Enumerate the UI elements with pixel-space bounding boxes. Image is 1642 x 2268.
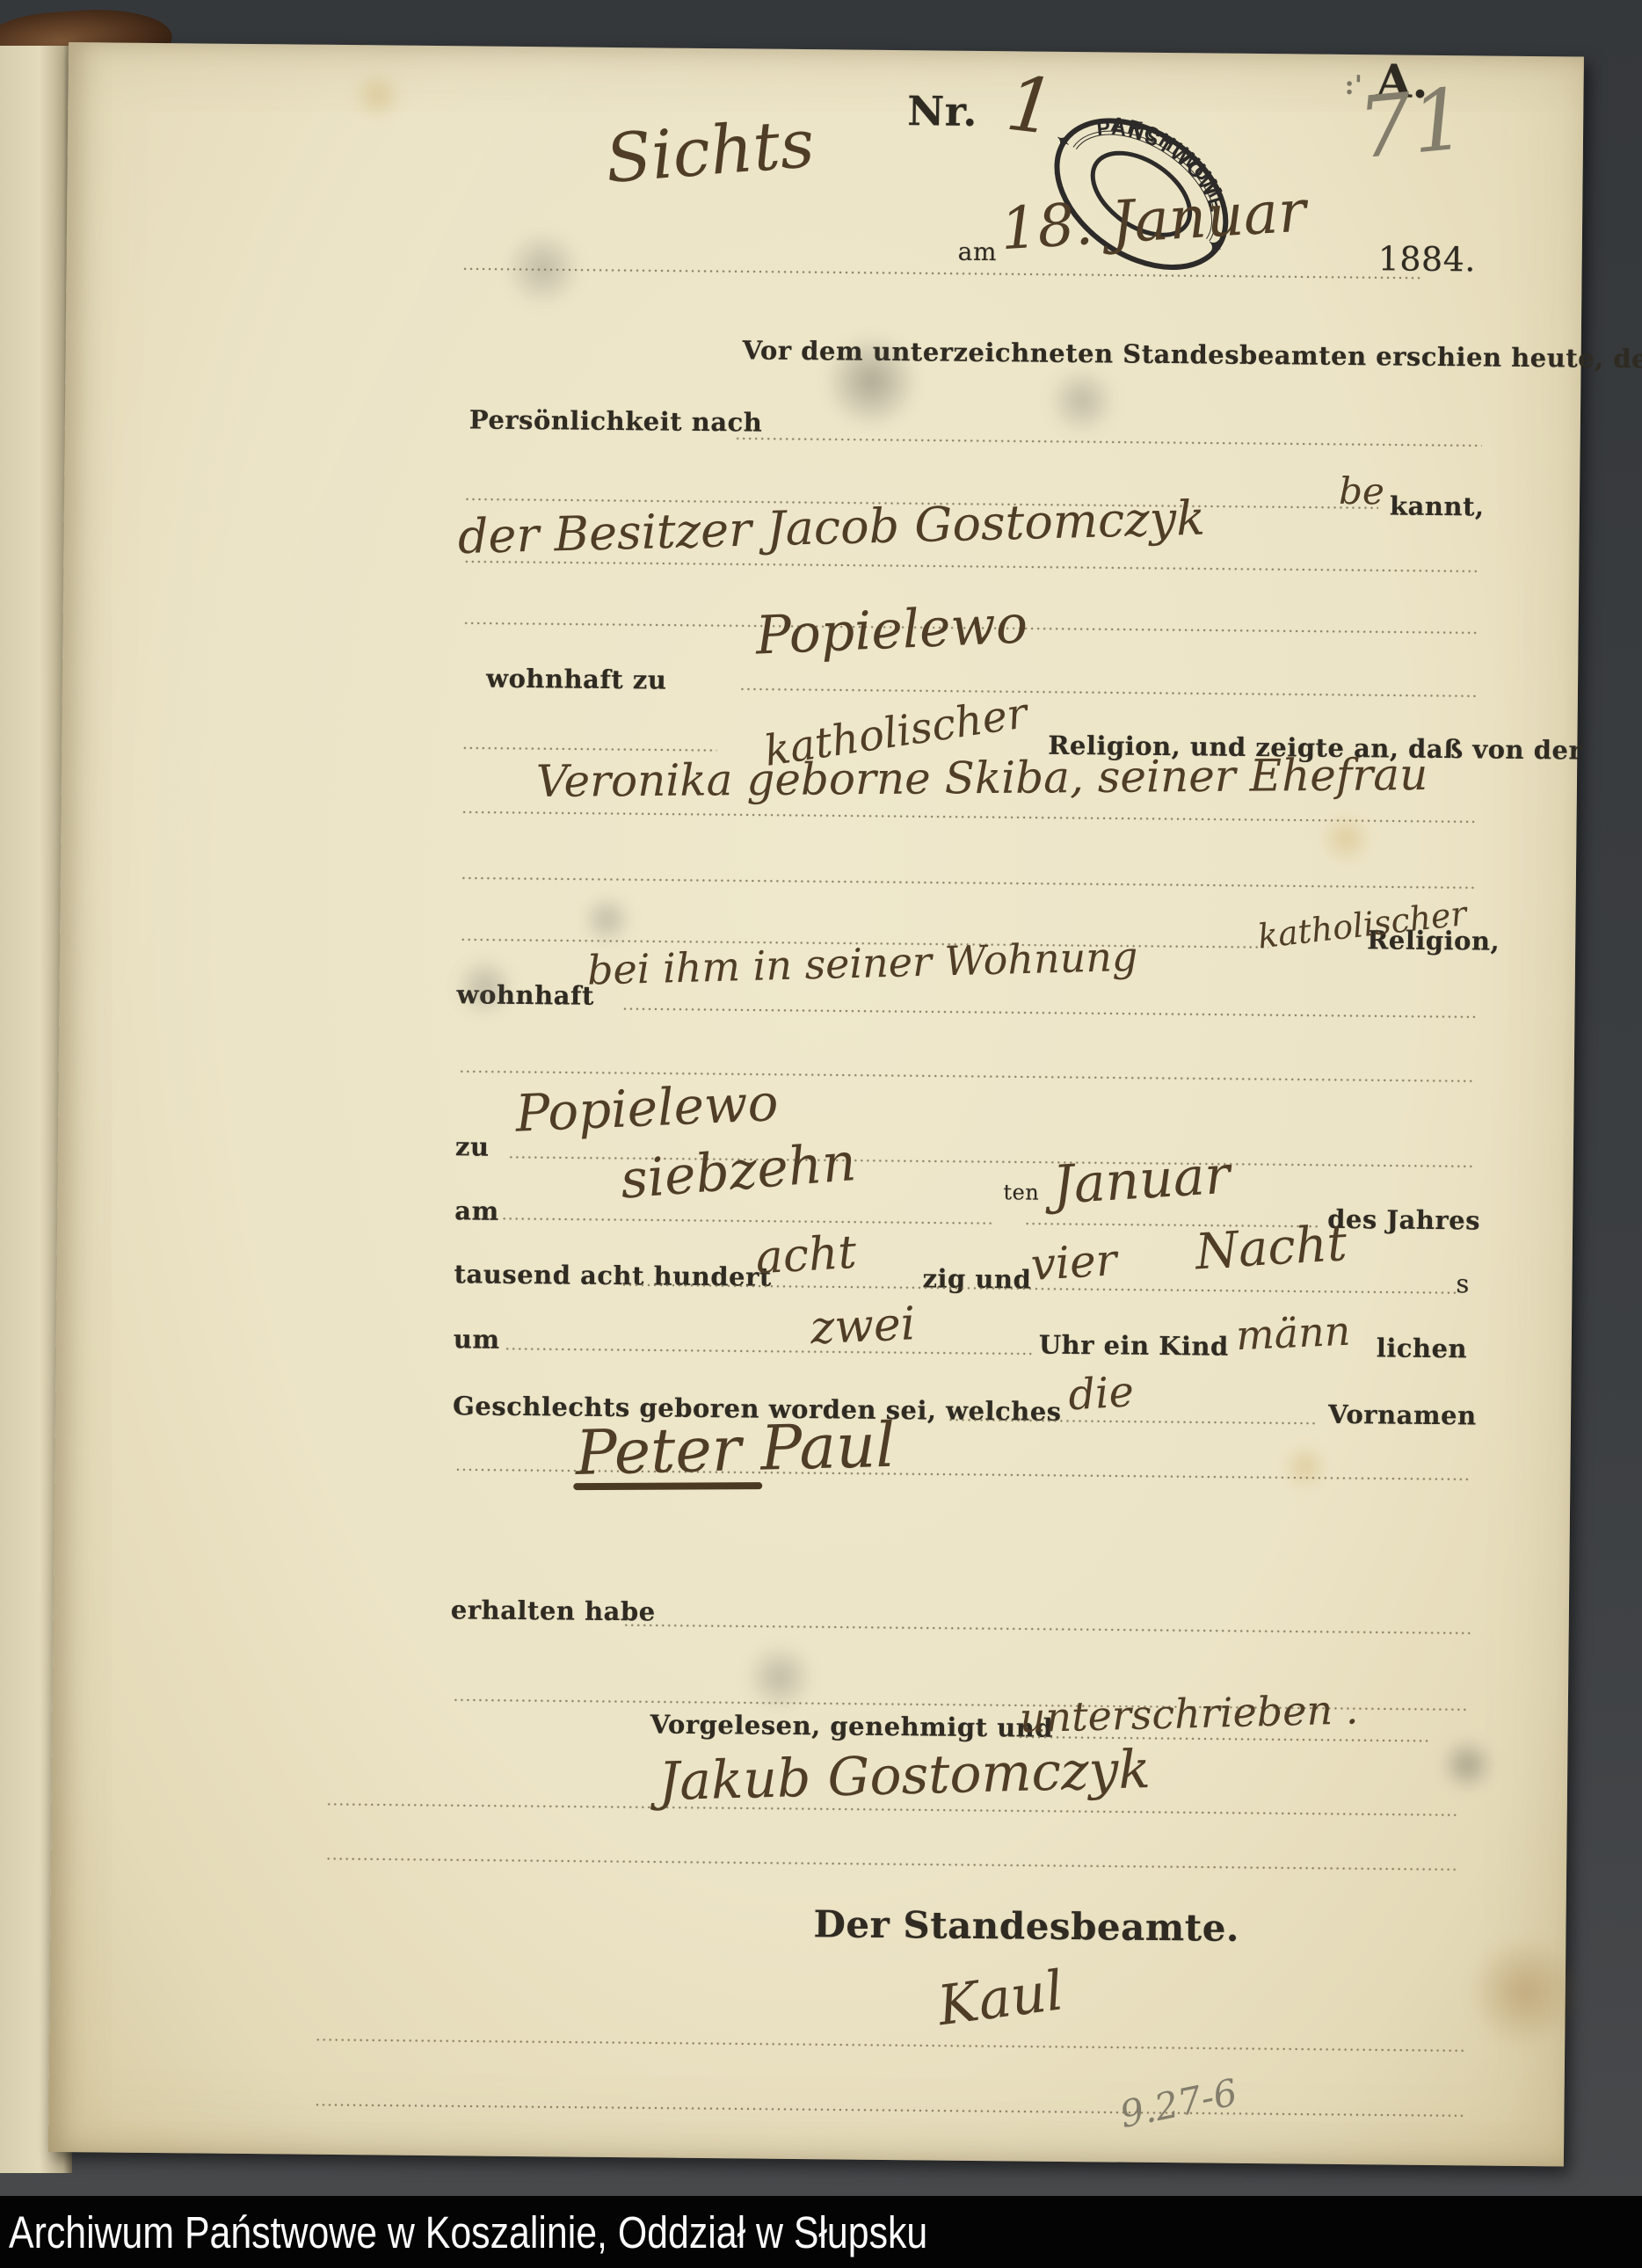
erhalten-habe-label: erhalten habe [451, 1595, 656, 1626]
ten-suffix: ten [1003, 1180, 1039, 1204]
record-number-label: Nr. [907, 87, 977, 135]
dotted-line [501, 1218, 993, 1225]
wohnhaft-zu-label: wohnhaft zu [486, 664, 667, 695]
stain [1282, 1443, 1327, 1489]
archive-caption-text: Archiwum Państwowe w Koszalinie, Oddział… [9, 2206, 927, 2258]
des-jahres-label: des Jahres [1327, 1204, 1480, 1236]
stain [1466, 1934, 1581, 2049]
die-handwritten: die [1067, 1367, 1136, 1420]
official-signature: Kaul [934, 1958, 1067, 2038]
dotted-line [462, 267, 1420, 279]
pencil-page-number: 71 [1354, 69, 1470, 178]
s-suffix: s [1456, 1268, 1470, 1298]
dotted-line [325, 1857, 1459, 1871]
stain [1047, 366, 1118, 437]
dotted-line [735, 437, 1482, 447]
lichen-label: lichen [1377, 1333, 1468, 1363]
birthday-handwritten: siebzehn [618, 1131, 858, 1211]
child-name-underline [573, 1482, 762, 1490]
kannt-label: kannt, [1390, 491, 1485, 521]
dotted-line [623, 1624, 1471, 1634]
residence-handwritten: Popielewo [754, 593, 1028, 666]
declarant-signature: Jakub Gostomczyk [658, 1739, 1151, 1813]
stain [580, 893, 634, 947]
am-label: am [958, 237, 998, 266]
dotted-line [948, 1419, 1317, 1425]
standesbeamte-label: Der Standesbeamte. [813, 1902, 1239, 1950]
religion2-handwritten: katholischer [1256, 894, 1469, 956]
uhr-ein-kind-label: Uhr ein Kind [1039, 1330, 1229, 1362]
unterschrieben-handwritten: unterschrieben . [1019, 1685, 1359, 1741]
stain [823, 332, 920, 430]
dotted-line [461, 811, 1479, 823]
birthplace-handwritten: Popielewo [514, 1072, 780, 1144]
mother-handwritten: Veronika geborne Skiba, seiner Ehefrau [536, 749, 1428, 807]
dotted-line [739, 687, 1479, 697]
child-name-handwritten: Peter Paul [575, 1409, 897, 1489]
archive-caption-bar: Archiwum Państwowe w Koszalinie, Oddział… [0, 2196, 1642, 2268]
dotted-line [314, 2104, 1465, 2118]
decade-handwritten: acht [754, 1226, 858, 1285]
record-number-handwritten: 1 [1002, 60, 1060, 153]
year-printed: 1884. [1377, 239, 1476, 279]
dotted-line [621, 1007, 1476, 1018]
dotted-line [463, 560, 1480, 572]
zu-label: zu [455, 1131, 490, 1161]
stain [454, 956, 516, 1018]
birthmonth-handwritten: Januar [1051, 1145, 1231, 1217]
dotted-line [461, 876, 1478, 889]
stain [352, 70, 403, 120]
dotted-line [461, 746, 716, 752]
pencil-note: 9.27-6 [1116, 2070, 1240, 2136]
hour-handwritten: zwei [810, 1298, 917, 1355]
dotted-line [315, 2039, 1466, 2053]
year-digit-handwritten: vier [1029, 1234, 1118, 1290]
um-label: um [454, 1324, 500, 1355]
vornamen-label: Vornamen [1328, 1399, 1477, 1431]
am2-label: am [454, 1196, 499, 1225]
document-page: Nr. 1 :' A. 71 ARCHIWUM PAŃSTWOWE ✦ ✦ Si… [48, 42, 1584, 2166]
daytime-handwritten: Nacht [1194, 1215, 1348, 1281]
vorgelesen-label: Vorgelesen, genehmigt und [650, 1709, 1053, 1742]
registry-place-handwritten: Sichts [603, 104, 817, 198]
stain [1439, 1736, 1496, 1793]
dotted-line [505, 1348, 1032, 1356]
be-handwritten: be [1339, 469, 1384, 512]
gender-handwritten: männ [1235, 1307, 1351, 1360]
persoenlichkeit-label: Persönlichkeit nach [469, 404, 763, 437]
